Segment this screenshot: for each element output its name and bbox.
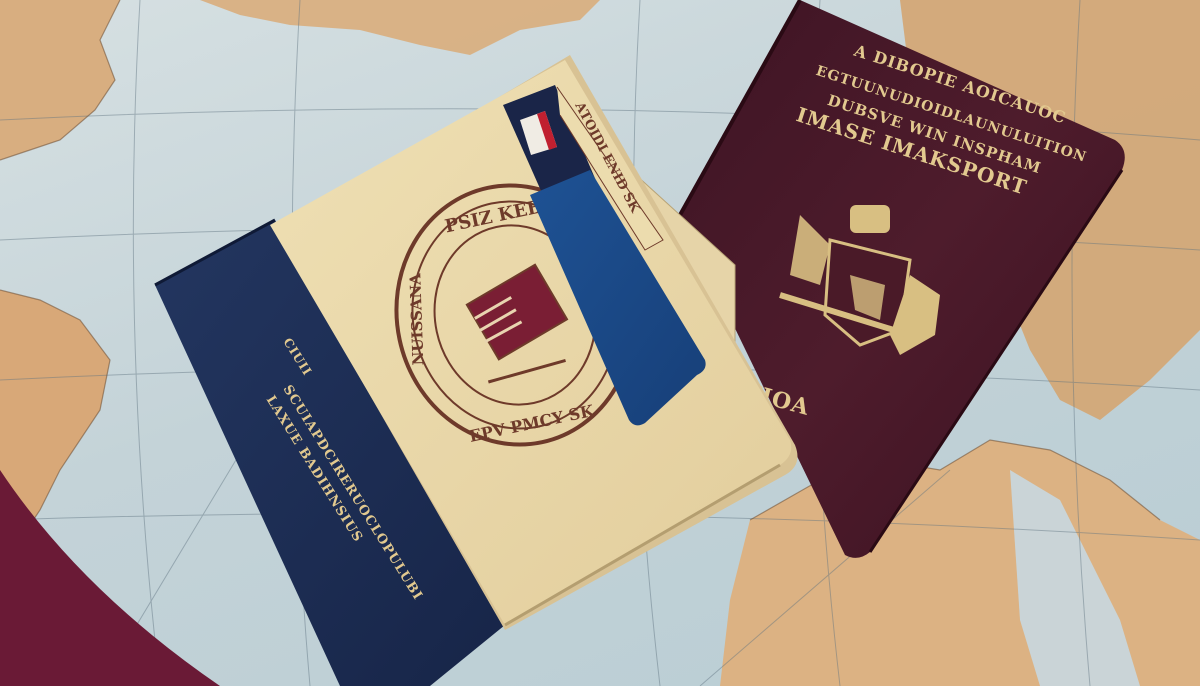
- blue-card: [525, 165, 710, 430]
- seal-side-text: NUISSANA: [406, 273, 427, 366]
- photo-scene: A DIBOPIE AOICAUOC EGTUUNUDIOIDLAUNULUIT…: [0, 0, 1200, 686]
